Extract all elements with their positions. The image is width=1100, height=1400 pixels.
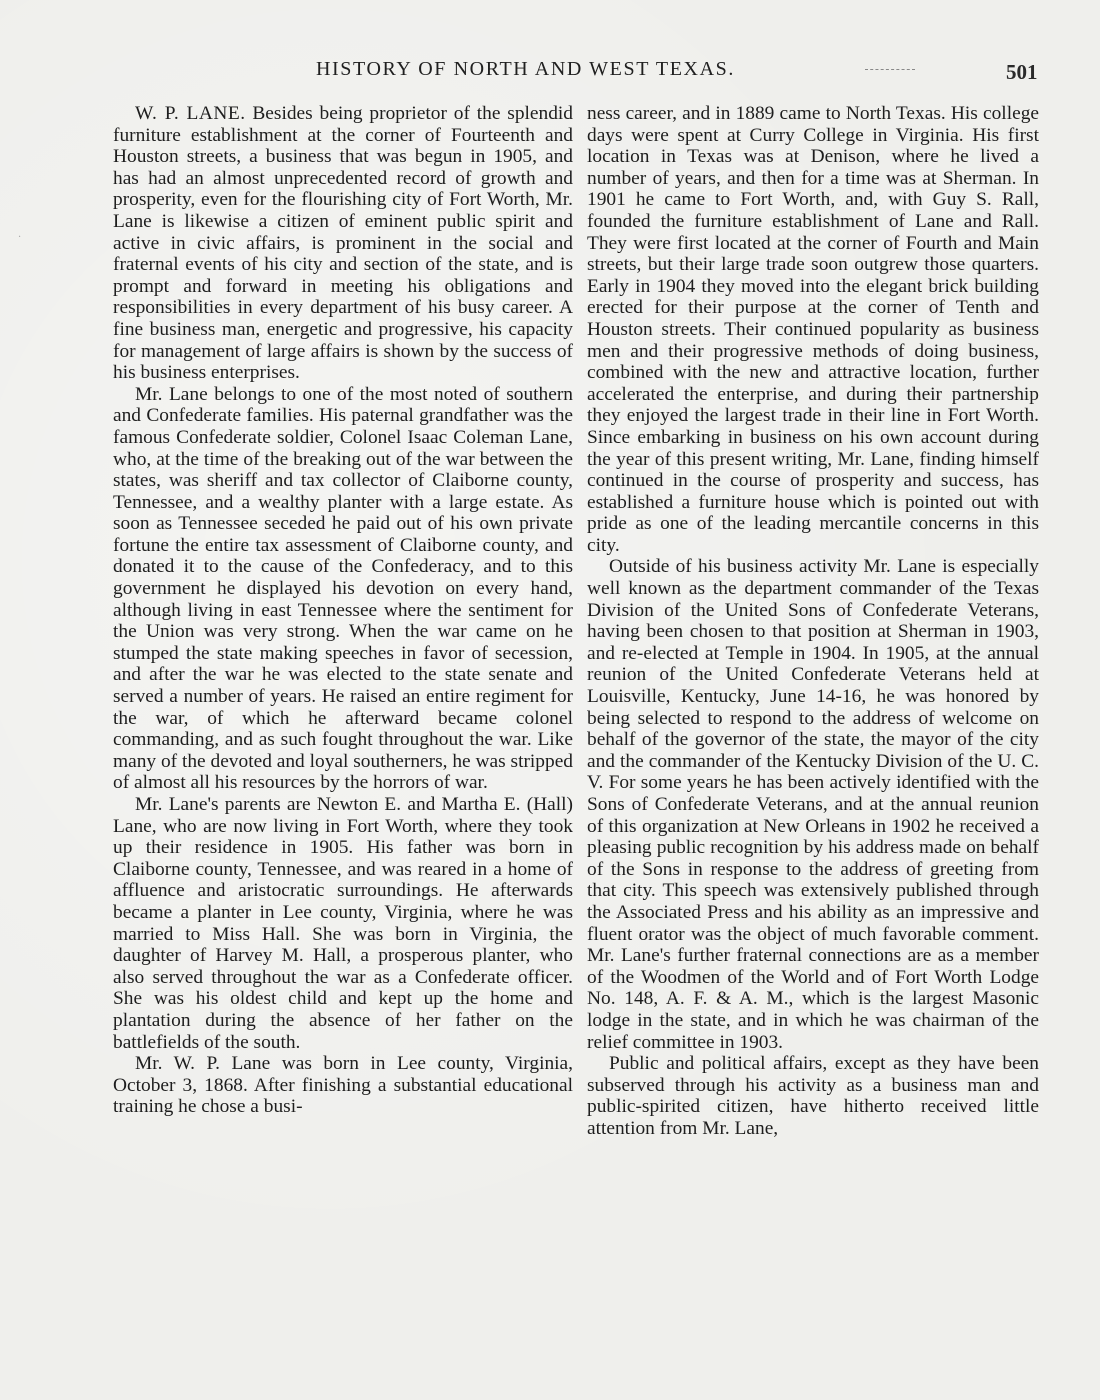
biography-subject-name: W. P. LANE. xyxy=(135,103,246,124)
paragraph-fraternal-activity: Outside of his business activity Mr. Lan… xyxy=(587,556,1039,1053)
paragraph-family-history: Mr. Lane belongs to one of the most note… xyxy=(113,384,573,794)
book-page: HISTORY OF NORTH AND WEST TEXAS. 501 · W… xyxy=(0,0,1100,1400)
right-column: ness career, and in 1889 came to North T… xyxy=(587,103,1039,1140)
header-rule-mark xyxy=(865,69,915,70)
paragraph-wp-lane-intro: W. P. LANE. Besides being proprietor of … xyxy=(113,103,573,384)
running-head: HISTORY OF NORTH AND WEST TEXAS. 501 xyxy=(0,58,1100,88)
paragraph-parents: Mr. Lane's parents are Newton E. and Mar… xyxy=(113,794,573,1053)
paragraph-birth: Mr. W. P. Lane was born in Lee county, V… xyxy=(113,1053,573,1118)
paragraph-public-affairs: Public and political affairs, except as … xyxy=(587,1053,1039,1139)
paragraph-text: Besides being proprietor of the splendid… xyxy=(113,103,573,383)
left-column: W. P. LANE. Besides being proprietor of … xyxy=(113,103,573,1118)
page-number: 501 xyxy=(1006,60,1038,85)
margin-speck: · xyxy=(18,232,24,240)
paragraph-business-career: ness career, and in 1889 came to North T… xyxy=(587,103,1039,556)
running-title: HISTORY OF NORTH AND WEST TEXAS. xyxy=(316,58,735,81)
